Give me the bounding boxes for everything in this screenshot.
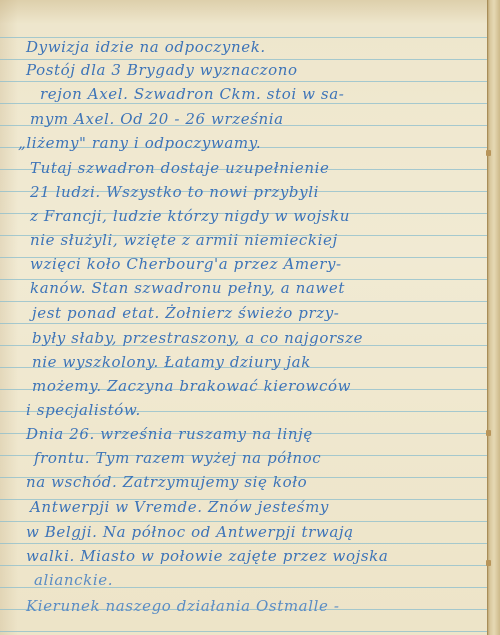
text-line: alianckie. xyxy=(34,570,113,590)
text-line: Dywizja idzie na odpoczynek. xyxy=(26,37,266,57)
text-line: mym Axel. Od 20 - 26 września xyxy=(30,109,284,129)
binding-mark xyxy=(486,430,491,436)
text-line: walki. Miasto w połowie zajęte przez woj… xyxy=(26,546,388,566)
text-line: nie służyli, wzięte z armii niemieckiej xyxy=(30,230,338,250)
text-line: Antwerpji w Vremde. Znów jesteśmy xyxy=(30,497,329,517)
text-line: na wschód. Zatrzymujemy się koło xyxy=(26,472,307,492)
notebook-page: Dywizja idzie na odpoczynek. Postój dla … xyxy=(0,0,500,635)
text-line: Tutaj szwadron dostaje uzupełnienie xyxy=(30,158,330,178)
text-line: i specjalistów. xyxy=(26,400,141,420)
text-line: 21 ludzi. Wszystko to nowi przybyli xyxy=(30,182,319,202)
page-binding-edge xyxy=(487,0,500,635)
text-line: Kierunek naszego działania Ostmalle - xyxy=(26,596,340,616)
text-line: rejon Axel. Szwadron Ckm. stoi w sa- xyxy=(40,84,344,104)
text-line: frontu. Tym razem wyżej na północ xyxy=(34,448,321,468)
binding-mark xyxy=(486,560,491,566)
text-line: w Belgji. Na północ od Antwerpji trwają xyxy=(26,522,354,542)
handwritten-text: Dywizja idzie na odpoczynek. Postój dla … xyxy=(0,0,488,635)
text-line: możemy. Zaczyna brakować kierowców xyxy=(32,376,351,396)
text-line: Postój dla 3 Brygady wyznaczono xyxy=(26,60,298,80)
text-line: nie wyszkolony. Łatamy dziury jak xyxy=(32,352,311,372)
text-line: jest ponad etat. Żołnierz świeżo przy- xyxy=(32,303,339,323)
text-line: Dnia 26. września ruszamy na linję xyxy=(26,424,313,444)
text-line: były słaby, przestraszony, a co najgorsz… xyxy=(32,328,363,348)
text-line: kanów. Stan szwadronu pełny, a nawet xyxy=(30,278,345,298)
text-line: wzięci koło Cherbourg'a przez Amery- xyxy=(30,254,342,274)
text-line: z Francji, ludzie którzy nigdy w wojsku xyxy=(30,206,350,226)
text-line: „liżemy" rany i odpoczywamy. xyxy=(18,133,261,153)
binding-mark xyxy=(486,150,491,156)
